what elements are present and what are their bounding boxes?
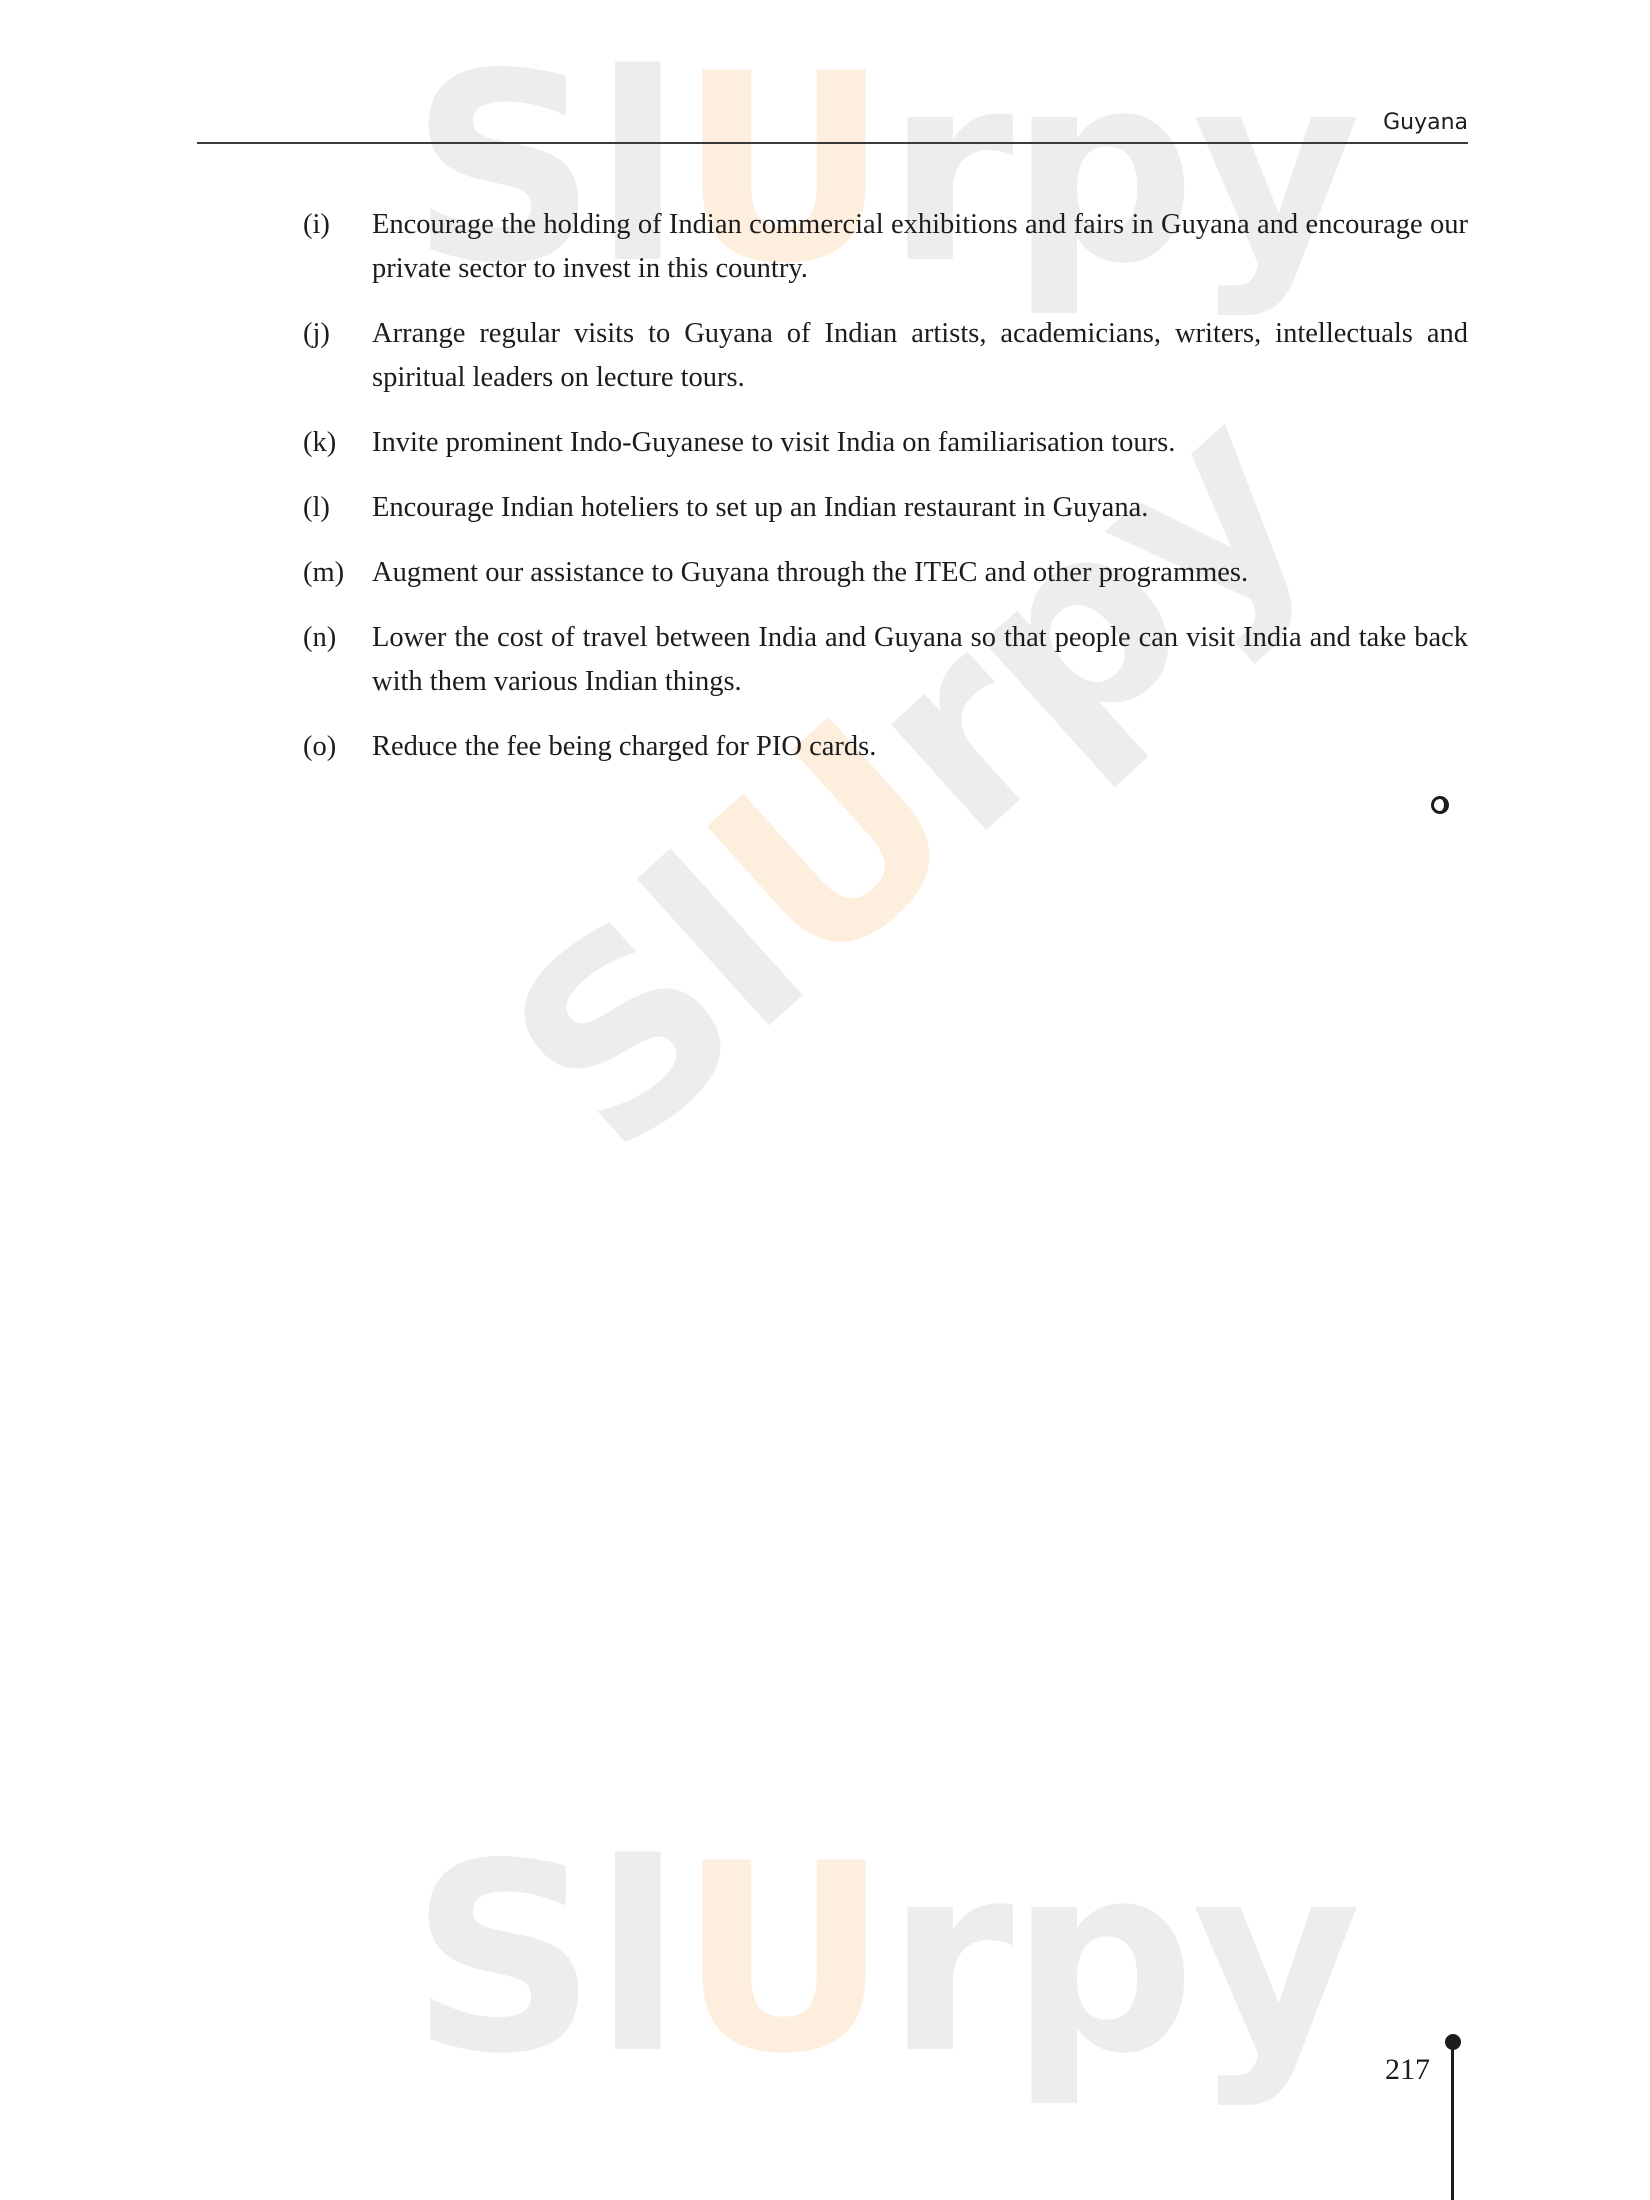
list-item-label: (o) [303,725,372,769]
list-item-label: (m) [303,551,372,595]
page-number: 217 [1385,2053,1430,2087]
list-item: (j)Arrange regular visits to Guyana of I… [303,312,1468,400]
folio-line [1451,2044,1454,2200]
list-item-label: (i) [303,203,372,291]
watermark-text: Sl [456,805,858,1209]
list-item-text: Augment our assistance to Guyana through… [372,551,1468,595]
list-item-text: Reduce the fee being charged for PIO car… [372,725,1468,769]
list-item-text: Invite prominent Indo-Guyanese to visit … [372,421,1468,465]
list-item: (l)Encourage Indian hoteliers to set up … [303,486,1468,530]
list-item-text: Arrange regular visits to Guyana of Indi… [372,312,1468,400]
list-item: (n)Lower the cost of travel between Indi… [303,616,1468,704]
list-item-label: (n) [303,616,372,704]
watermark-text: Sl [410,1809,678,2111]
header-rule [197,142,1468,144]
list-item-text: Encourage Indian hoteliers to set up an … [372,486,1468,530]
watermark-bottom: SlUrpy [410,1830,1357,2092]
watermark-text: rpy [886,1809,1358,2111]
list-item-label: (j) [303,312,372,400]
list-item: (m)Augment our assistance to Guyana thro… [303,551,1468,595]
list-item: (i)Encourage the holding of Indian comme… [303,203,1468,291]
list-item-text: Lower the cost of travel between India a… [372,616,1468,704]
running-head: Guyana [197,110,1468,135]
list-item: (k)Invite prominent Indo-Guyanese to vis… [303,421,1468,465]
hollow-circle-icon [1431,796,1449,814]
list-item-label: (k) [303,421,372,465]
list-item-label: (l) [303,486,372,530]
list-item: (o)Reduce the fee being charged for PIO … [303,725,1468,769]
list-item-text: Encourage the holding of Indian commerci… [372,203,1468,291]
watermark-text: U [678,1809,885,2111]
recommendation-list: (i)Encourage the holding of Indian comme… [303,203,1468,790]
